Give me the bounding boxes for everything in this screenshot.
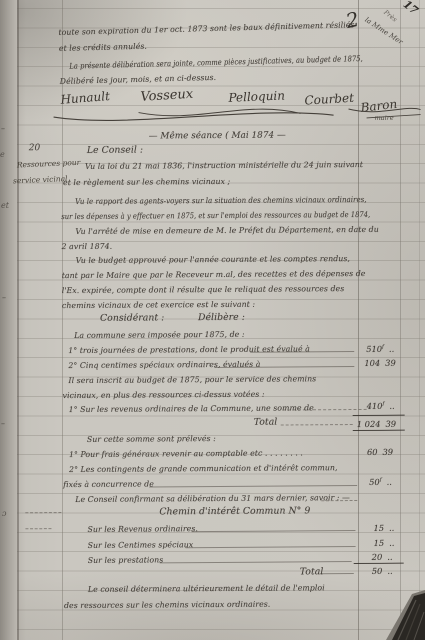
- amount-prestations-2: 20..: [372, 552, 393, 562]
- amount-sup: f: [382, 401, 384, 407]
- body-line: 1° Sur les revenus ordinaires de la Comm…: [69, 403, 314, 414]
- closing-line: Délibéré les jour, mois, et an ci-dessus…: [60, 73, 217, 86]
- body-line: Sur cette somme sont prélevés :: [87, 434, 216, 444]
- amount-sup: f: [380, 477, 382, 483]
- amount-cents: ..: [389, 538, 394, 548]
- body-line: La commune sera imposée pour 1875, de :: [74, 330, 244, 340]
- amount-sup: f: [382, 344, 384, 350]
- amount-total-1: 1 02439: [357, 419, 396, 429]
- body-keyword-delibere: Délibère :: [198, 312, 245, 323]
- body-line: Le Conseil confirmant sa délibération du…: [75, 493, 350, 504]
- body-line: 1° trois journées de prestations, dont l…: [68, 344, 310, 355]
- amount-francs: 50: [372, 566, 383, 576]
- chemin-subheading: Chemin d'intérêt Commun N° 9: [159, 505, 310, 517]
- manuscript-ink-layer: toute son expiration du 1er oct. 1873 so…: [0, 0, 425, 640]
- body-line: 1° Pour frais généraux revenir au compta…: [69, 448, 303, 459]
- amount-cents: 39: [385, 358, 396, 368]
- amount-cents: 39: [385, 419, 396, 429]
- register-page: – e et – – ɔ 17 2 Près la Mme Mer toute …: [0, 0, 425, 640]
- amount-contingents: 50f..: [369, 477, 392, 487]
- total-label: Total: [300, 566, 324, 577]
- amount-francs: 60: [367, 447, 378, 457]
- amount-cents: ..: [387, 552, 392, 562]
- amount-francs: 15: [374, 538, 385, 548]
- amount-revenus-ordinaires: 15..: [373, 523, 394, 533]
- body-line: des ressources sur les chemins vicinaux …: [64, 600, 270, 610]
- body-line: Vu le budget approuvé pour l'année coura…: [76, 254, 350, 265]
- amount-francs: 1 024: [357, 419, 381, 429]
- body-line: fixés à concurrence de: [63, 479, 154, 489]
- closing-line: toute son expiration du 1er oct. 1873 so…: [58, 20, 354, 37]
- margin-dash: [25, 528, 51, 529]
- body-line: 2° Cinq centimes spéciaux ordinaires, év…: [68, 360, 260, 370]
- margin-item-number: 20: [29, 143, 41, 153]
- signature-role: maire: [375, 114, 394, 122]
- amount-francs: 20: [372, 552, 383, 562]
- amount-centimes: 10439: [364, 358, 395, 368]
- amount-cents: ..: [389, 344, 394, 354]
- body-line: Vu la loi du 21 mai 1836, l'instruction …: [85, 160, 363, 171]
- amount-francs: 104: [364, 358, 380, 368]
- amount-francs: 410: [367, 401, 383, 411]
- amount-cents: 39: [382, 447, 393, 457]
- body-line: et le règlement sur les chemins vicinaux…: [63, 177, 230, 187]
- body-line: Sur les Centimes spéciaux: [88, 540, 194, 550]
- signature: Courbet: [304, 91, 354, 108]
- amount-cents: ..: [387, 566, 392, 576]
- closing-line: La présente délibération sera jointe, co…: [69, 54, 363, 71]
- session-header: — Même séance ( Mai 1874 —: [149, 130, 286, 141]
- body-line: 2 avril 1874.: [61, 242, 112, 251]
- body-line: Le conseil déterminera ultérieurement le…: [88, 583, 325, 594]
- amount-francs: 510: [366, 344, 382, 354]
- body-line: vicinaux, en plus des ressources ci-dess…: [62, 390, 264, 400]
- body-line: chemins vicinaux de cet exercice est le …: [62, 300, 255, 310]
- signature: Pelloquin: [228, 89, 285, 105]
- amount-francs: 50: [369, 477, 380, 487]
- signature: Vosseux: [140, 87, 194, 105]
- body-line: Sur les prestations: [88, 555, 164, 565]
- amount-total-2: 50..: [372, 566, 393, 576]
- amount-francs: 15: [373, 523, 384, 533]
- amount-cents: ..: [387, 477, 392, 487]
- body-line: 2° Les contingents de grande communicati…: [69, 463, 338, 474]
- total-label: Total: [254, 417, 278, 428]
- amount-cents: ..: [389, 401, 394, 411]
- closing-line: et les crédits annulés.: [59, 42, 147, 53]
- amount-cents: ..: [389, 523, 394, 533]
- amount-centimes-speciaux: 15..: [374, 538, 395, 548]
- body-line: Il sera inscrit au budget de 1875, pour …: [68, 374, 316, 385]
- body-keyword-considerant: Considérant :: [100, 312, 164, 323]
- body-line: Sur les Revenus ordinaires.: [87, 524, 197, 534]
- amount-revenus: 410f..: [367, 401, 395, 411]
- amount-prestations: 510f..: [366, 344, 394, 354]
- amount-frais: 6039: [367, 447, 393, 457]
- body-line: Le Conseil :: [87, 144, 143, 155]
